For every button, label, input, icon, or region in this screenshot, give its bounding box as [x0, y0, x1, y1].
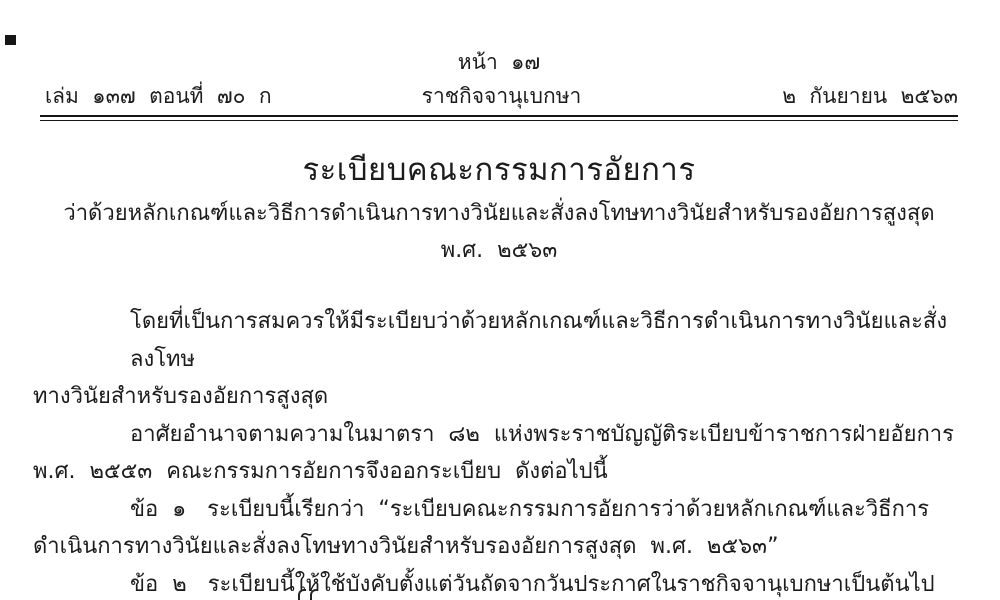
- body-line: อาศัยอำนาจตามความในมาตรา ๘๒ แห่งพระราชบั…: [33, 416, 958, 454]
- regulation-title: ระเบียบคณะกรรมการอัยการ: [40, 148, 958, 192]
- body-line: ดำเนินการทางวินัยและสั่งลงโทษทางวินัยสำห…: [33, 528, 958, 566]
- body-line: ข้อ ๒ ระเบียบนี้ให้ใช้บังคับตั้งแต่วันถั…: [33, 566, 958, 600]
- body-line: ทางวินัยสำหรับรองอัยการสูงสุด: [33, 378, 958, 416]
- regulation-subtitle: ว่าด้วยหลักเกณฑ์และวิธีการดำเนินการทางวิ…: [40, 198, 958, 230]
- volume-issue-label: เล่ม ๑๓๗ ตอนที่ ๗๐ ก: [45, 82, 422, 110]
- publication-date: ๒ กันยายน ๒๕๖๓: [581, 82, 958, 110]
- gazette-header-row: เล่ม ๑๓๗ ตอนที่ ๗๐ ก ราชกิจจานุเบกษา ๒ ก…: [45, 82, 958, 110]
- page-number: หน้า ๑๗: [40, 48, 958, 76]
- cutoff-next-line-fragment: [296, 589, 326, 600]
- scan-artifact-mark: [5, 35, 16, 45]
- body-line: ข้อ ๑ ระเบียบนี้เรียกว่า “ระเบียบคณะกรรม…: [33, 491, 958, 529]
- body-line: โดยที่เป็นการสมควรให้มีระเบียบว่าด้วยหลั…: [33, 303, 958, 378]
- gazette-document-page: หน้า ๑๗ เล่ม ๑๓๗ ตอนที่ ๗๐ ก ราชกิจจานุเ…: [0, 0, 1000, 600]
- body-line: พ.ศ. ๒๕๕๓ คณะกรรมการอัยการจึงออกระเบียบ …: [33, 453, 958, 491]
- document-body: โดยที่เป็นการสมควรให้มีระเบียบว่าด้วยหลั…: [33, 303, 958, 600]
- header-double-rule: [40, 115, 958, 121]
- cutoff-glyph-tip: [310, 589, 318, 600]
- cutoff-glyph-tip: [298, 589, 306, 600]
- regulation-year: พ.ศ. ๒๕๖๓: [40, 236, 958, 266]
- gazette-name: ราชกิจจานุเบกษา: [422, 82, 582, 110]
